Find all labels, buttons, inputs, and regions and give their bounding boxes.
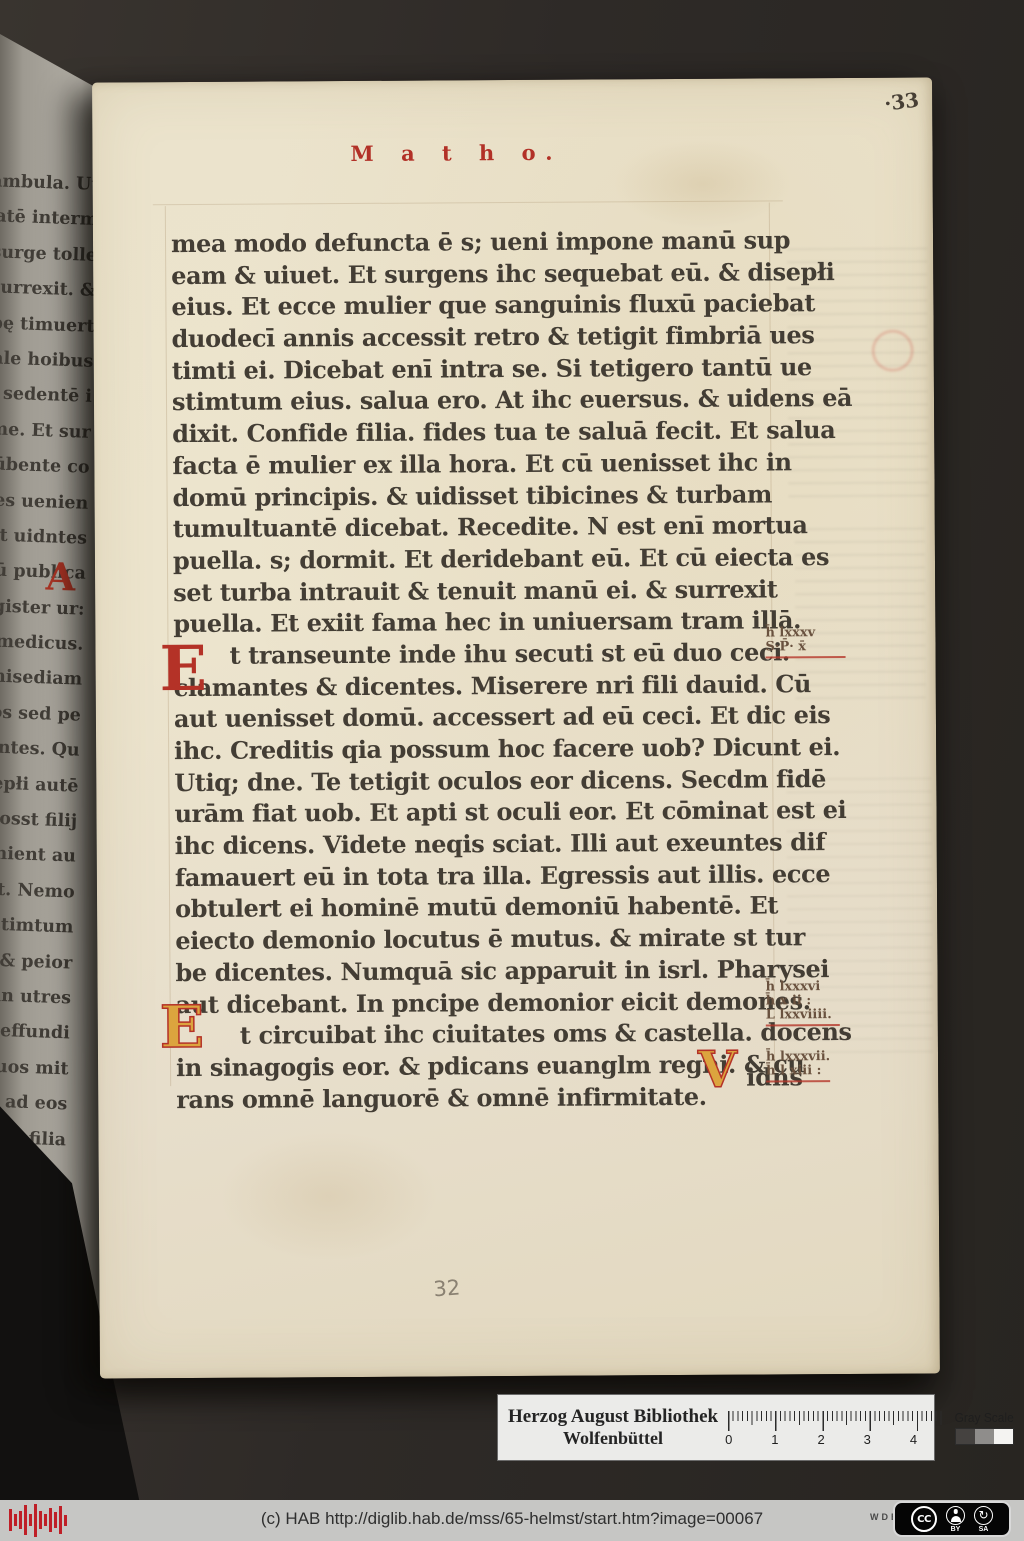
parchment-stain (218, 1130, 439, 1261)
facing-page-line: untes nouos mit (0, 1049, 69, 1088)
cc-sa-arrow-icon: ↻ (974, 1506, 993, 1525)
facing-page-line: um qd posst filij (0, 801, 78, 840)
facing-page-line: ite qd est misediam (0, 660, 83, 699)
facing-page-initial-a: A (45, 553, 76, 599)
manuscript-line: t circuibat ihc ciuitates oms & castella… (176, 1017, 772, 1052)
margin-note-underline (766, 1080, 830, 1082)
pencil-page-number: 32 (433, 1275, 461, 1301)
facing-page-line: m. Et surrexit. & (0, 271, 96, 310)
manuscript-line: obtulert ei hominē mutū demoniū habentē.… (175, 890, 771, 925)
margin-note-line: S·P̄· x̄ (765, 640, 845, 654)
ruler-numbers: 01234 (725, 1432, 917, 1447)
ruler-number: 4 (910, 1432, 917, 1447)
facing-page-line: t turbę timuert (0, 306, 95, 345)
manuscript-line: urām fiat uob. Et apti st oculi eor. Et … (174, 795, 770, 830)
manuscript-text-column: mea modo defuncta ē s; ueni impone manū … (171, 224, 772, 1115)
facing-page-line: potestatē interm (0, 200, 99, 239)
manuscript-line: eius. Et ecce mulier que sanguinis fluxū… (171, 288, 767, 323)
grayscale-target: Gray Scale (952, 1410, 1016, 1445)
parchment-stain (612, 138, 793, 229)
ruler-number: 1 (771, 1432, 778, 1447)
ruler-ticks (728, 1411, 942, 1431)
cm-ruler: 01234 (728, 1411, 942, 1447)
facing-page-line: letico. surge tolle (0, 235, 98, 274)
cc-sa-label: SA (979, 1526, 989, 1533)
institution-line1: Herzog August Bibliothek (508, 1406, 718, 1428)
facing-page-line: estimto & peior (0, 943, 73, 982)
facing-page-line: thorem sedentē i (0, 377, 93, 416)
facing-page-line: ge & ambula. Ut (1, 165, 100, 204)
margin-note-line: L lxxviiii. (766, 1008, 840, 1022)
manuscript-line: t transeunte inde ihu secuti st eū duo c… (173, 636, 769, 671)
facing-page-line: estatē tale hoibus (0, 341, 94, 380)
facing-page-line: Sequere me. Et sur (0, 412, 91, 451)
facing-page-line: i est discūbente co (0, 448, 90, 487)
manuscript-line: stimtum eius. salua ero. At ihc euersus.… (172, 383, 768, 418)
facing-page-line: quent. disepłi autē (0, 766, 79, 805)
manuscript-line: in sinagogis eor. & pdicans euanglm regn… (176, 1048, 772, 1083)
ruler-number: 0 (725, 1432, 732, 1447)
initial-v-gold: V (698, 1045, 737, 1095)
facing-page-line: plis ei. Et uidntes (0, 518, 88, 557)
swatch-light (994, 1429, 1013, 1444)
manuscript-line: eam & uiuet. Et surgens ihc sequebat eū.… (171, 256, 767, 291)
margin-note-canon-3: h̄ lxxxvii.h̄ l xiii : (766, 1050, 830, 1082)
margin-note-canon-1: h̄ lxxxvS·P̄· x̄ (765, 626, 845, 658)
facing-page-line: t ieiunabt. Nemo (0, 872, 75, 911)
manuscript-line: dixit. Confide filia. fides tua te saluā… (172, 415, 768, 450)
manuscript-line: mea modo defuncta ē s; ueni impone manū … (171, 224, 767, 259)
grayscale-label: Gray Scale (955, 1410, 1014, 1425)
ruler-number: 2 (817, 1432, 824, 1447)
facing-page-line: ocare iustos sed pe (0, 695, 81, 734)
manuscript-line: domū principis. & uidisset tibicines & t… (172, 478, 768, 513)
facing-page-line: udis inuestimtum (0, 907, 74, 946)
swatch-mid (975, 1429, 994, 1444)
manuscript-line: duodecī annis accessit retro & tetigit f… (172, 320, 768, 355)
facing-page-line: li iohis dicentes. Qu (0, 730, 80, 769)
initial-e-gold: E (160, 998, 205, 1056)
facing-page-line: onsus. Uenient au (0, 837, 77, 876)
folio-number: ·33 (883, 88, 921, 116)
manuscript-line: famauert eū in tota tra illa. Egressis a… (175, 858, 771, 893)
manuscript-line: set turba intrauit & tenuit manū ei. & s… (173, 573, 769, 608)
manuscript-line: facta ē mulier ex illa hora. Et cū uenis… (172, 446, 768, 481)
facing-page-line: peccatores uenien (0, 483, 89, 522)
manuscript-line: aut uenisset domū. accessert ad eū ceci.… (174, 700, 770, 735)
manuscript-line: clamantes & dicentes. Miserere nri fili … (174, 668, 770, 703)
manuscript-scan-photo: ge & ambula. Utpotestatē intermletico. s… (0, 0, 1024, 1541)
facing-page-line: entibus medicus. (0, 624, 84, 663)
running-title-matheus: M a t h o. (350, 140, 562, 166)
manuscript-line: tumultuantē dicebat. Recedite. N est enī… (173, 510, 769, 545)
manuscript-line: ihc dicens. Videte neqis sciat. Illi aut… (175, 827, 771, 862)
library-info-card: Herzog August Bibliothek Wolfenbüttel 01… (497, 1394, 935, 1461)
facing-page-line: loquente ad eos (0, 1084, 68, 1123)
cc-by-sa-badge: CC BY ↻ SA (893, 1501, 1011, 1537)
margin-note-canon-2: h̄ lxxxvih̄ x ii :L lxxviiii. (766, 980, 840, 1026)
margin-note-line: h̄ l xiii : (766, 1064, 830, 1078)
manuscript-line: ihc. Creditis qia possum hoc facere uob?… (174, 731, 770, 766)
manuscript-line: rans omnē languorē & omnē infirmitate. (176, 1080, 772, 1115)
manuscript-line: puella. Et exiit fama hec in uniuersam t… (173, 605, 769, 640)
faint-red-stamp (872, 330, 914, 372)
facing-page-line: s & uinū effundi (0, 1013, 70, 1052)
manuscript-line: Utiq; dne. Te tetigit oculos eor dicens.… (174, 763, 770, 798)
institution-name: Herzog August Bibliothek Wolfenbüttel (508, 1406, 718, 1449)
cc-by-label: BY (951, 1526, 961, 1533)
manuscript-line: be dicentes. Numquā sic apparuit in isrl… (175, 953, 771, 988)
manuscript-line: puella. s; dormit. Et deridebant eū. Et … (173, 541, 769, 576)
manuscript-page-f33r: M a t h o. ·33 mea modo defuncta ē s; ue… (92, 77, 940, 1378)
cc-logo-icon: CC (911, 1506, 937, 1532)
institution-line2: Wolfenbüttel (508, 1428, 718, 1449)
ruler-number: 3 (864, 1432, 871, 1447)
facing-page-line: ū nouū in utres (0, 978, 72, 1017)
swatch-dark (956, 1429, 975, 1444)
manuscript-line: timti ei. Dicebat enī intra se. Si tetig… (172, 351, 768, 386)
manuscript-line: eiecto demonio locutus ē mutus. & mirate… (175, 922, 771, 957)
facing-page-text-fragments: ge & ambula. Utpotestatē intermletico. s… (0, 165, 100, 1159)
grayscale-swatches (955, 1428, 1014, 1445)
manuscript-line: aut dicebant. In pncipe demonior eicit d… (176, 985, 772, 1020)
initial-e-red: E (159, 638, 207, 700)
cc-by-person-icon (946, 1506, 965, 1525)
